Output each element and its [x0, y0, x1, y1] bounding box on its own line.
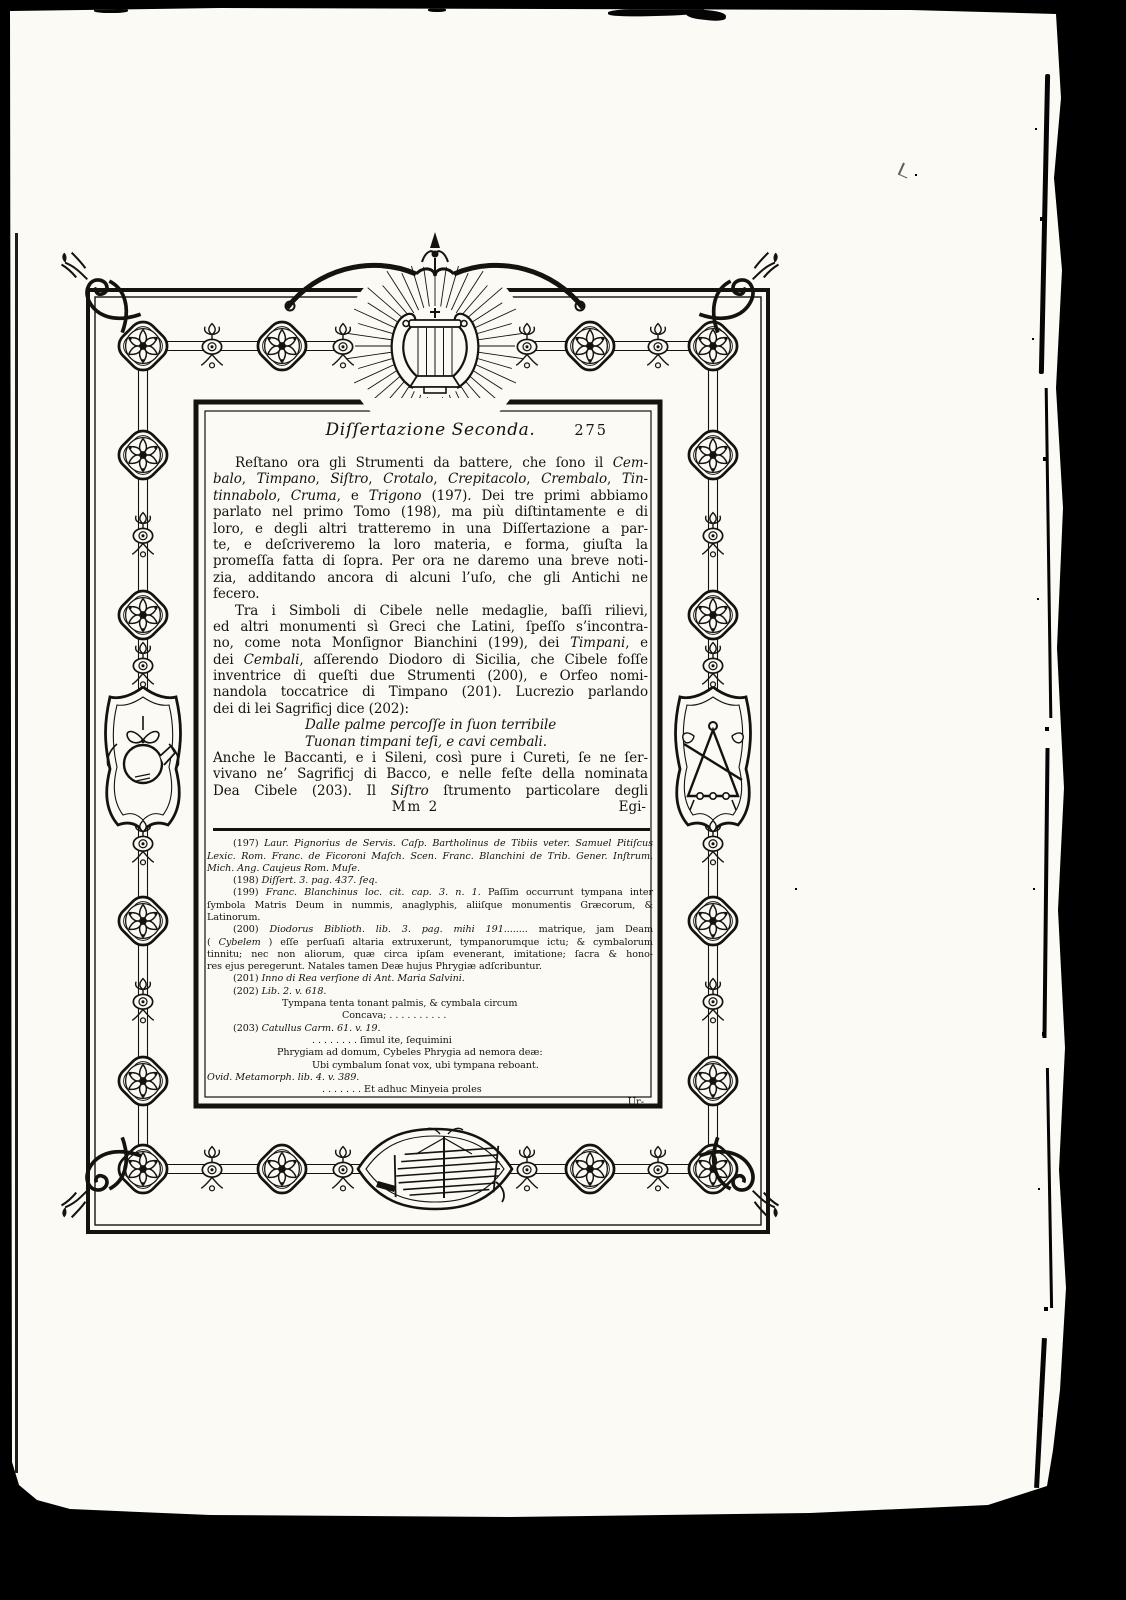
rose-medallion-icon [252, 316, 311, 375]
book-page: Diſſertazione Seconda. 275 Reſtano ora g… [10, 8, 1066, 1528]
rose-medallion-icon [113, 1139, 172, 1198]
text-line: inventrice di queſti due Strumenti (200)… [213, 668, 648, 684]
scan-background: { "header": { "title": "Diſſertazione Se… [0, 0, 1126, 1600]
text-line: . . . . . . . . ſimul ite, ſequimini [207, 1035, 653, 1047]
rose-medallion-icon [560, 1139, 619, 1198]
text-line: balo, Timpano, Siſtro, Crotalo, Crepitac… [213, 471, 648, 487]
text-line: . . . . . . . Et adhuc Minyeia proles [207, 1084, 653, 1096]
scan-artifact [94, 8, 128, 13]
text-line: ( Cybelem ) eſſe perſuaſi altaria extrux… [207, 937, 653, 949]
footnote-divider [213, 828, 650, 831]
text-line: nandola toccatrice di Timpano (201). Luc… [213, 684, 648, 700]
tulip-eye-link-icon [132, 979, 154, 1023]
tulip-eye-link-icon [702, 979, 724, 1023]
signature-mark: Mm 2 [213, 799, 618, 815]
text-line: Tuonan timpani teſi, e cavi cembali. [213, 734, 648, 750]
text-line: Ubi cymbalum ſonat vox, ubi tympana rebo… [207, 1060, 653, 1072]
rose-medallion-icon [560, 316, 619, 375]
rose-medallion-icon [113, 316, 172, 375]
text-line: vivano ne’ Sagrificj di Bacco, e nelle f… [213, 766, 648, 782]
text-line: loro, e degli altri tratteremo in una Di… [213, 521, 648, 537]
page-edge-streak [1045, 388, 1053, 718]
text-line: (200) Diodorus Biblioth. lib. 3. pag. mi… [207, 924, 653, 936]
text-line: Mich. Ang. Caujeus Rom. Muſe. [207, 863, 653, 875]
text-line: dei Cembali, aſſerendo Diodoro di Sicili… [213, 652, 648, 668]
rose-medallion-icon [113, 1051, 172, 1110]
tulip-eye-link-icon [702, 643, 724, 687]
text-line: tinnabolo, Cruma, e Trigono (197). Dei t… [213, 488, 648, 504]
tulip-eye-link-icon [132, 513, 154, 557]
rose-medallion-icon [683, 1051, 742, 1110]
scan-artifact [686, 8, 727, 22]
rose-medallion-icon [683, 891, 742, 950]
rose-medallion-icon [683, 316, 742, 375]
tulip-eye-link-icon [702, 821, 724, 865]
page-number: 275 [574, 423, 608, 439]
text-line: tinnitu; nec non aliorum, quæ circa ipſa… [207, 949, 653, 961]
text-line: Lexic. Rom. Franc. de Ficoroni Maſch. Sc… [207, 851, 653, 863]
corner-scroll-icon [62, 253, 141, 333]
text-line: zia, additando ancora di alcuni l’uſo, c… [213, 570, 648, 586]
footnote-catchword: Ur- [203, 1097, 644, 1108]
text-line: res ejus peregerunt. Natales tamen Deæ h… [207, 961, 653, 973]
text-line: Ovid. Metamorph. lib. 4. v. 389. [207, 1072, 653, 1084]
rose-medallion-icon [683, 585, 742, 644]
text-line: Dalle palme percoſſe in ſuon terribile [213, 717, 648, 733]
tulip-eye-link-icon [201, 1147, 223, 1191]
text-line: (198) Diſſert. 3. pag. 437. ſeq. [207, 875, 653, 887]
ink-smudge [898, 163, 912, 179]
tulip-eye-link-icon [647, 1147, 669, 1191]
page-edge-streak [1034, 1338, 1047, 1488]
main-text: Reſtano ora gli Strumenti da battere, ch… [213, 455, 648, 799]
tulip-eye-link-icon [647, 324, 669, 368]
text-line: (201) Inno di Rea verſione di Ant. Maria… [207, 973, 653, 985]
page-edge-streak [1046, 1068, 1053, 1308]
text-line: parlato nel primo Tomo (198), ma più diſ… [213, 504, 648, 520]
rose-medallion-icon [252, 1139, 311, 1198]
text-line: ſymbola Matris Deum in nummis, anaglyphi… [207, 900, 653, 912]
gutter-shadow [15, 233, 18, 1473]
page-edge-streak [1039, 74, 1050, 374]
scan-artifact [428, 8, 446, 12]
text-line: (197) Laur. Pignorius de Servis. Caſp. B… [207, 838, 653, 850]
text-line: fecero. [213, 586, 648, 602]
galley-ship-cartouche [358, 1128, 512, 1209]
footnotes: (197) Laur. Pignorius de Servis. Caſp. B… [207, 838, 653, 1096]
catchword: Egi- [619, 799, 646, 815]
tulip-eye-link-icon [132, 643, 154, 687]
text-line: Latinorum. [207, 912, 653, 924]
page-edge-streak [1042, 748, 1049, 1038]
tulip-eye-link-icon [332, 1147, 354, 1191]
signature-row: Mm 2 Egi- [213, 799, 648, 816]
lyre-crest-icon [286, 232, 585, 438]
rose-medallion-icon [113, 585, 172, 644]
rose-medallion-icon [683, 425, 742, 484]
rose-medallion-icon [113, 891, 172, 950]
text-line: (199) Franc. Blanchinus loc. cit. cap. 3… [207, 887, 653, 899]
text-line: promeſſa fatta di ſopra. Per ora ne dare… [213, 553, 648, 569]
tulip-eye-link-icon [132, 821, 154, 865]
tulip-eye-link-icon [201, 324, 223, 368]
text-line: Reſtano ora gli Strumenti da battere, ch… [213, 455, 648, 471]
text-line: ed altri monumenti sì Greci che Latini, … [213, 619, 648, 635]
tulip-eye-link-icon [702, 513, 724, 557]
text-line: (202) Lib. 2. v. 618. [207, 986, 653, 998]
text-line: Anche le Baccanti, e i Sileni, così pure… [213, 750, 648, 766]
text-block: Diſſertazione Seconda. 275 Reſtano ora g… [203, 413, 658, 1105]
tulip-eye-link-icon [516, 1147, 538, 1191]
text-line: te, e deſcriveremo la loro materia, e fo… [213, 537, 648, 553]
text-line: no, come nota Monſignor Bianchini (199),… [213, 635, 648, 651]
rose-medallion-icon [113, 425, 172, 484]
text-line: Dea Cibele (203). Il Siſtro ſtrumento pa… [213, 783, 648, 799]
text-line: Tympana tenta tonant palmis, & cymbala c… [207, 998, 653, 1010]
page-header: Diſſertazione Seconda. 275 [203, 420, 658, 444]
text-line: Tra i Simboli di Cibele nelle medaglie, … [213, 603, 648, 619]
text-line: (203) Catullus Carm. 61. v. 19. [207, 1023, 653, 1035]
text-line: Phrygiam ad domum, Cybeles Phrygia ad ne… [207, 1047, 653, 1059]
dust-specks [1035, 128, 1037, 130]
text-line: Concava; . . . . . . . . . . [207, 1010, 653, 1022]
text-line: dei di lei Sagrificj dice (202): [213, 701, 648, 717]
